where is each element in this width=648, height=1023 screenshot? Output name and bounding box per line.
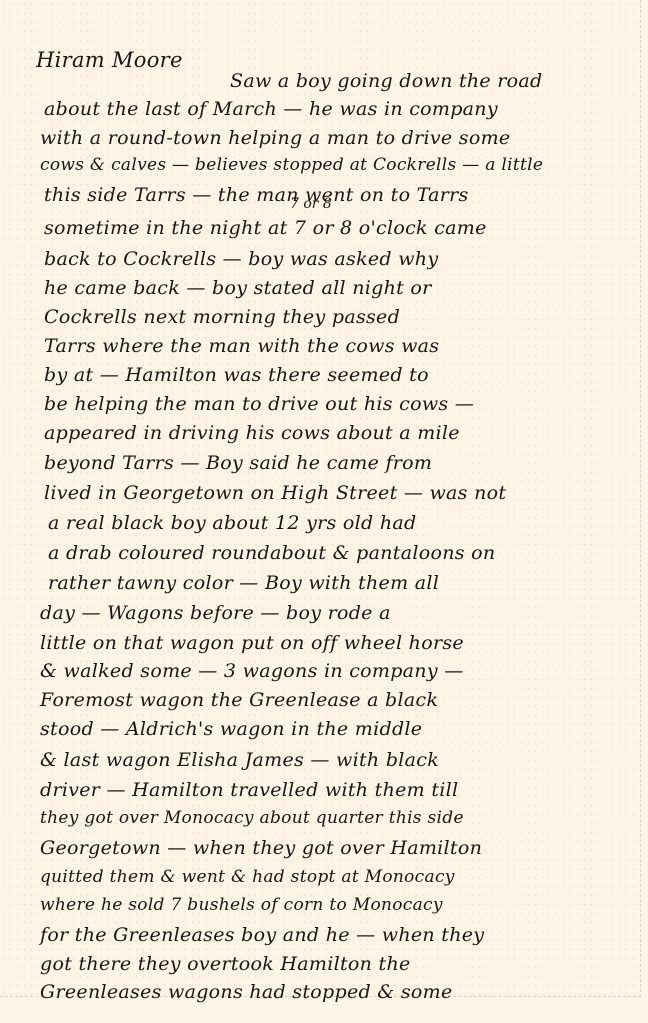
- manuscript-line-14: beyond Tarrs — Boy said he came from: [44, 452, 432, 474]
- manuscript-line-22: Foremost wagon the Greenlease a black: [40, 689, 438, 711]
- manuscript-line-1: Saw a boy going down the road: [230, 70, 543, 92]
- manuscript-line-8: he came back — boy stated all night or: [44, 277, 432, 299]
- manuscript-line-29: where he sold 7 bushels of corn to Monoc…: [40, 895, 443, 915]
- manuscript-line-18: rather tawny color — Boy with them all: [48, 572, 439, 594]
- manuscript-line-4: cows & calves — believes stopped at Cock…: [40, 155, 543, 175]
- manuscript-line-16: a real black boy about 12 yrs old had: [48, 512, 416, 534]
- manuscript-line-25: driver — Hamilton travelled with them ti…: [40, 779, 458, 801]
- manuscript-line-9: Cockrells next morning they passed: [44, 306, 400, 328]
- manuscript-line-24: & last wagon Elisha James — with black: [40, 749, 439, 771]
- manuscript-line-15: lived in Georgetown on High Street — was…: [44, 482, 506, 504]
- manuscript-line-11: by at — Hamilton was there seemed to: [44, 364, 429, 386]
- superscript-insert: 7 or 8: [290, 196, 332, 212]
- manuscript-line-26: they got over Monocacy about quarter thi…: [40, 808, 464, 828]
- manuscript-line-23: stood — Aldrich's wagon in the middle: [40, 718, 422, 740]
- manuscript-page: Hiram Moore Saw a boy going down the roa…: [0, 0, 641, 997]
- manuscript-line-32: Greenleases wagons had stopped & some: [40, 981, 453, 1003]
- heading: Hiram Moore: [36, 48, 183, 72]
- manuscript-line-12: be helping the man to drive out his cows…: [44, 393, 474, 415]
- manuscript-line-6: sometime in the night at 7 or 8 o'clock …: [44, 217, 487, 239]
- manuscript-line-13: appeared in driving his cows about a mil…: [44, 422, 460, 444]
- manuscript-line-31: got there they overtook Hamilton the: [40, 953, 411, 975]
- manuscript-line-2: about the last of March — he was in comp…: [44, 98, 498, 120]
- manuscript-line-7: back to Cockrells — boy was asked why: [44, 248, 438, 270]
- manuscript-line-20: little on that wagon put on off wheel ho…: [40, 632, 464, 654]
- manuscript-line-5: this side Tarrs — the man went on to Tar…: [44, 184, 469, 206]
- manuscript-line-19: day — Wagons before — boy rode a: [40, 602, 391, 624]
- manuscript-line-28: quitted them & went & had stopt at Monoc…: [40, 867, 455, 887]
- manuscript-line-17: a drab coloured roundabout & pantaloons …: [48, 542, 495, 564]
- manuscript-line-3: with a round-town helping a man to drive…: [40, 127, 510, 149]
- manuscript-line-10: Tarrs where the man with the cows was: [44, 335, 439, 357]
- manuscript-line-30: for the Greenleases boy and he — when th…: [40, 924, 484, 946]
- manuscript-line-21: & walked some — 3 wagons in company —: [40, 660, 464, 682]
- manuscript-line-27: Georgetown — when they got over Hamilton: [40, 837, 482, 859]
